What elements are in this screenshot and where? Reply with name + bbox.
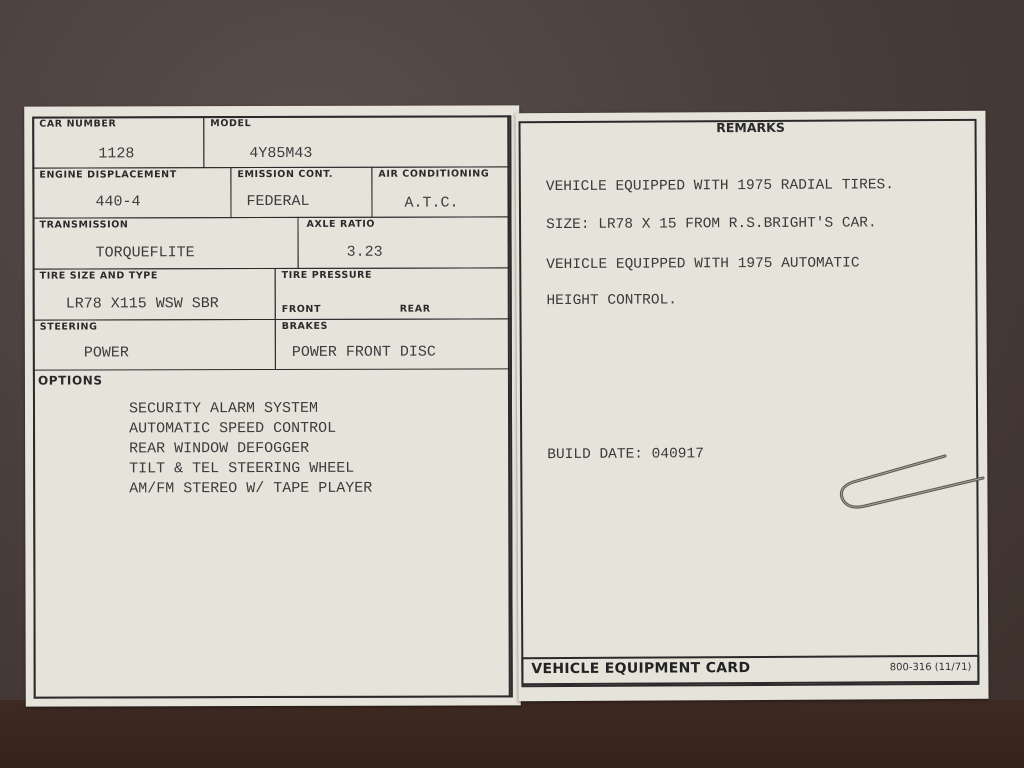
options-list: SECURITY ALARM SYSTEM AUTOMATIC SPEED CO…	[129, 399, 372, 500]
steering-field: STEERING POWER	[33, 319, 276, 371]
air-conditioning-field: AIR CONDITIONING A.T.C.	[371, 166, 511, 217]
car-number-field: CAR NUMBER 1128	[32, 116, 204, 168]
vehicle-card-right-panel: REMARKS VEHICLE EQUIPPED WITH 1975 RADIA…	[515, 111, 988, 701]
option-item: AUTOMATIC SPEED CONTROL	[129, 419, 372, 440]
engine-displacement-value: 440-4	[95, 193, 140, 210]
engine-displacement-field: ENGINE DISPLACEMENT 440-4	[32, 167, 231, 219]
transmission-label: TRANSMISSION	[40, 219, 129, 230]
emission-control-field: EMISSION CONT. FEDERAL	[230, 167, 372, 218]
emission-control-label: EMISSION CONT.	[237, 169, 333, 180]
card-footer: VEHICLE EQUIPMENT CARD 800-316 (11/71)	[521, 655, 979, 685]
steering-label: STEERING	[40, 321, 98, 332]
option-item: SECURITY ALARM SYSTEM	[129, 399, 372, 420]
brakes-value: POWER FRONT DISC	[292, 344, 436, 361]
build-date: BUILD DATE: 040917	[547, 446, 704, 463]
car-number-label: CAR NUMBER	[39, 118, 116, 129]
option-item: AM/FM STEREO W/ TAPE PLAYER	[129, 479, 372, 500]
air-conditioning-value: A.T.C.	[404, 195, 458, 212]
transmission-value: TORQUEFLITE	[96, 244, 195, 261]
tire-pressure-label: TIRE PRESSURE	[282, 270, 373, 281]
model-label: MODEL	[210, 118, 251, 129]
axle-ratio-field: AXLE RATIO 3.23	[298, 216, 512, 269]
options-section: OPTIONS SECURITY ALARM SYSTEM AUTOMATIC …	[33, 368, 513, 698]
vehicle-card-left-panel: CAR NUMBER 1128 MODEL 4Y85M43 ENGINE DIS…	[24, 105, 521, 706]
transmission-field: TRANSMISSION TORQUEFLITE	[33, 217, 299, 270]
options-label: OPTIONS	[38, 373, 103, 387]
tire-size-field: TIRE SIZE AND TYPE LR78 X115 WSW SBR	[33, 268, 276, 321]
card-footer-title: VEHICLE EQUIPMENT CARD	[531, 660, 750, 677]
tire-pressure-field: TIRE PRESSURE FRONT REAR	[275, 267, 512, 320]
car-number-value: 1128	[98, 145, 134, 162]
remark-line: VEHICLE EQUIPPED WITH 1975 RADIAL TIRES.	[546, 177, 894, 195]
tire-size-value: LR78 X115 WSW SBR	[66, 295, 219, 312]
brakes-field: BRAKES POWER FRONT DISC	[275, 318, 512, 370]
desk-surface	[0, 700, 1024, 768]
brakes-label: BRAKES	[282, 321, 328, 332]
tire-pressure-rear-label: REAR	[400, 304, 431, 315]
remarks-border	[519, 119, 980, 687]
remarks-title: REMARKS	[516, 119, 986, 136]
model-field: MODEL 4Y85M43	[203, 115, 511, 168]
remark-line: VEHICLE EQUIPPED WITH 1975 AUTOMATIC	[546, 255, 859, 273]
form-code: 800-316 (11/71)	[890, 662, 972, 673]
engine-displacement-label: ENGINE DISPLACEMENT	[39, 169, 176, 180]
tire-pressure-front-label: FRONT	[282, 304, 321, 315]
axle-ratio-value: 3.23	[347, 244, 383, 261]
remark-line: HEIGHT CONTROL.	[546, 292, 677, 309]
remark-line: SIZE: LR78 X 15 FROM R.S.BRIGHT'S CAR.	[546, 215, 877, 233]
tire-size-label: TIRE SIZE AND TYPE	[40, 270, 158, 281]
model-value: 4Y85M43	[249, 145, 312, 162]
option-item: REAR WINDOW DEFOGGER	[129, 439, 372, 460]
steering-value: POWER	[84, 344, 129, 361]
air-conditioning-label: AIR CONDITIONING	[378, 168, 489, 179]
paperclip-icon	[835, 452, 985, 514]
axle-ratio-label: AXLE RATIO	[307, 219, 376, 230]
emission-control-value: FEDERAL	[246, 193, 309, 210]
option-item: TILT & TEL STEERING WHEEL	[129, 459, 372, 480]
